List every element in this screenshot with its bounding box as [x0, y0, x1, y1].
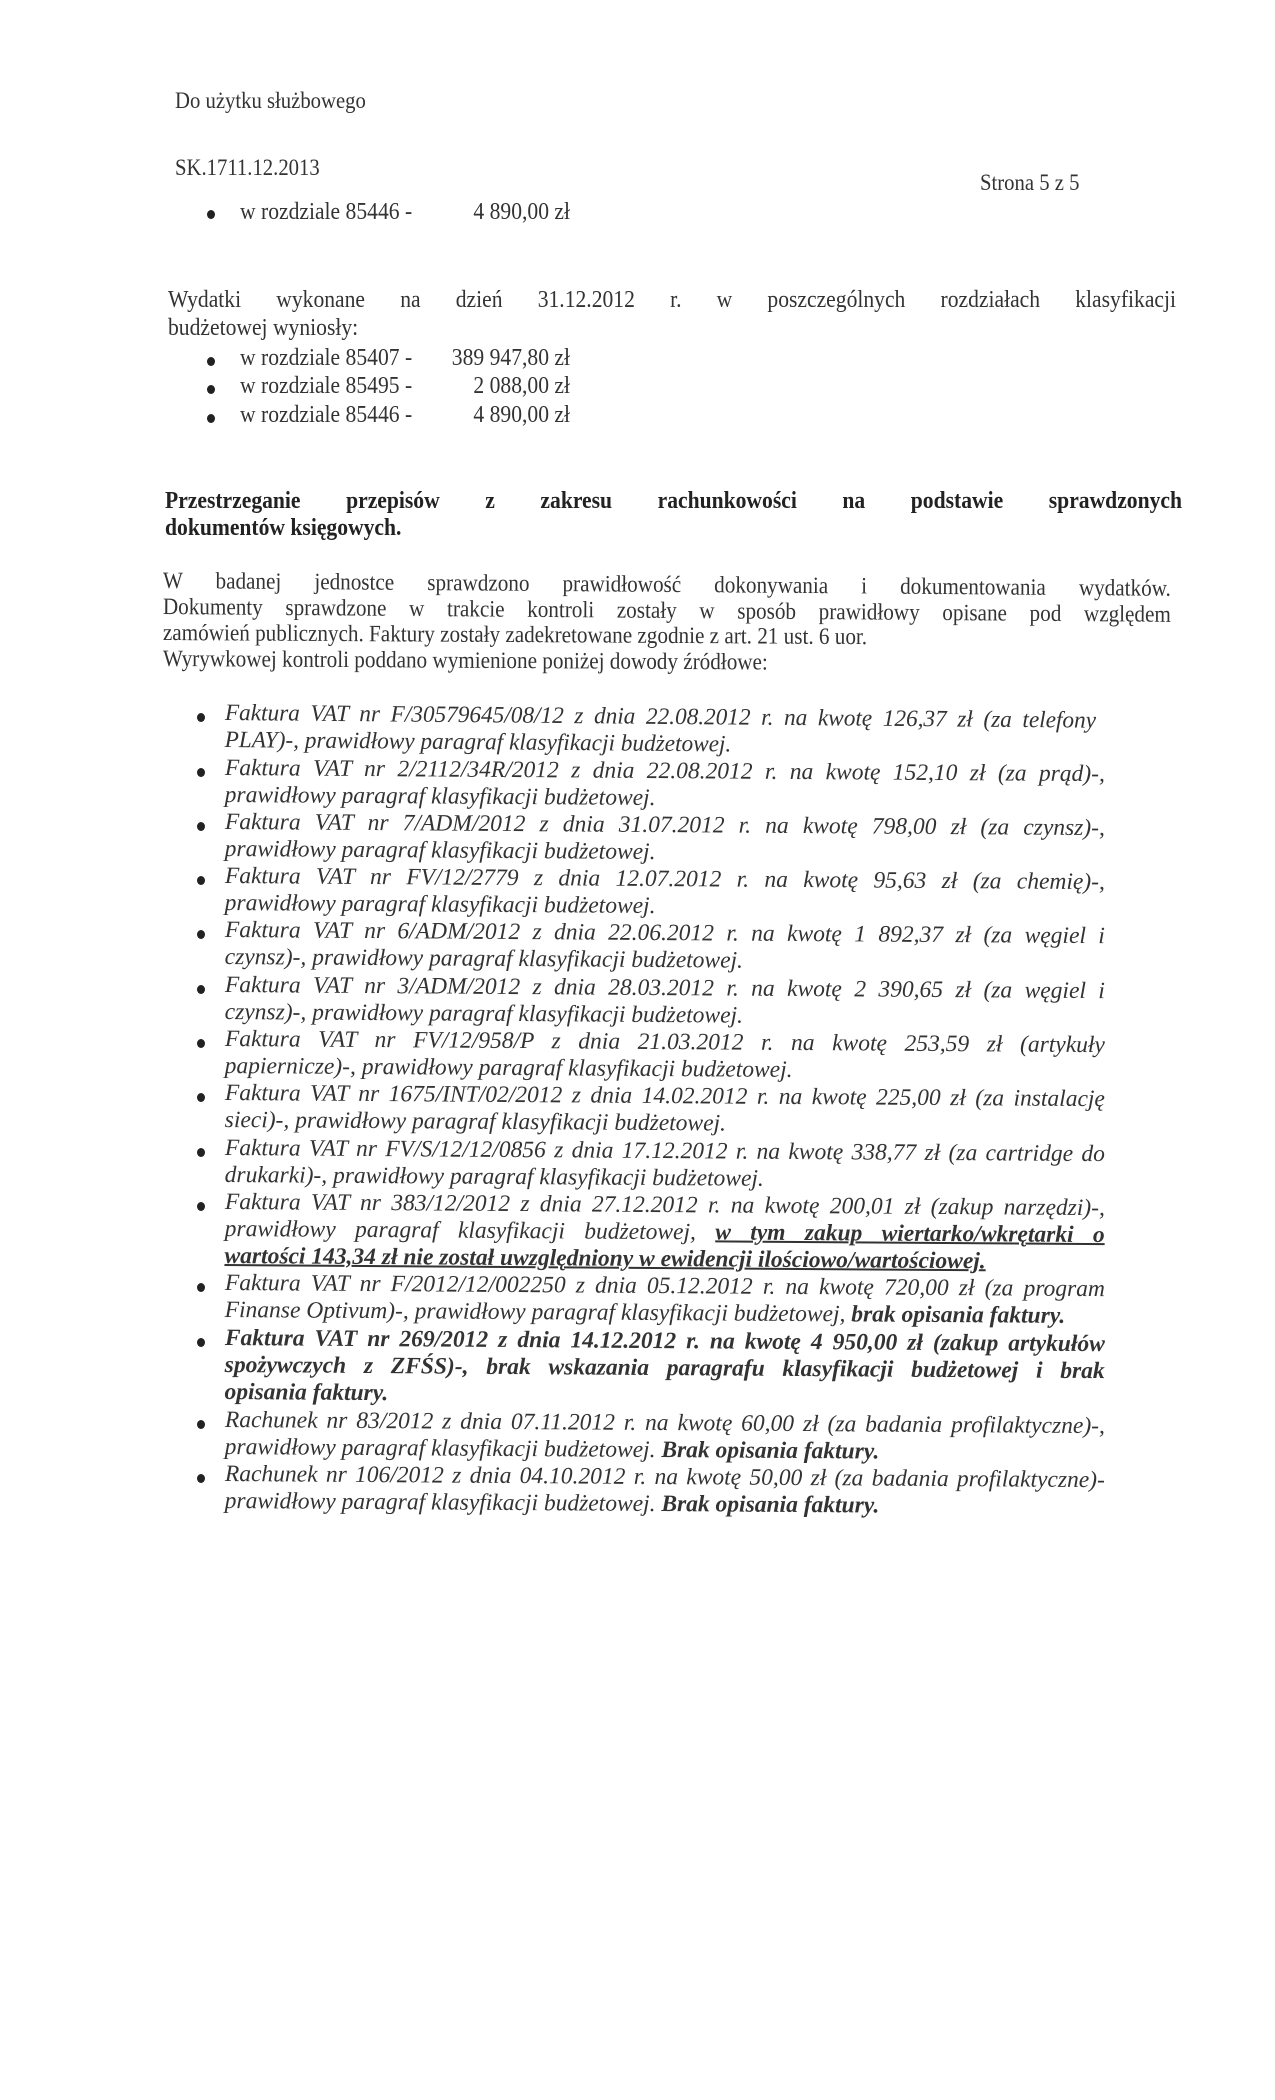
bullet-icon [207, 414, 215, 423]
finding-highlight: Brak opisania faktury. [661, 1437, 879, 1465]
expenditures-intro-line1: Wydatki wykonane na dzień 31.12.2012 r. … [168, 287, 1176, 314]
expenditure-item-amount: 389 947,80 zł [354, 345, 570, 372]
bullet-icon [197, 985, 205, 994]
bullet-icon [197, 822, 205, 831]
bullet-icon [197, 1338, 205, 1347]
document-item: Faktura VAT nr 3/ADM/2012 z dnia 28.03.2… [225, 972, 1105, 1032]
bullet-icon [197, 876, 205, 885]
expenditure-item-amount: 4 890,00 zł [354, 402, 570, 429]
section-heading-line2: dokumentów księgowych. [165, 515, 401, 542]
reference-number: SK.1711.12.2013 [175, 155, 320, 181]
document-item: Rachunek nr 106/2012 z dnia 04.10.2012 r… [225, 1461, 1105, 1521]
bullet-icon [207, 385, 215, 394]
bullet-icon [197, 1474, 205, 1483]
expenditures-intro-line2: budżetowej wyniosły: [168, 315, 358, 342]
document-item-text: prawidłowy paragraf klasyfikacji budżeto… [225, 1488, 662, 1517]
finding-highlight: w tym zakup wiertarko/wkrętarki o [715, 1219, 1105, 1248]
section-paragraph-line: Wyrywkowej kontroli poddano wymienione p… [163, 646, 768, 677]
document-item: Faktura VAT nr 269/2012 z dnia 14.12.201… [224, 1325, 1105, 1412]
document-page: Do użytku służbowego SK.1711.12.2013 Str… [0, 0, 1275, 2100]
bullet-icon [197, 1420, 205, 1429]
classification-label: Do użytku służbowego [175, 88, 366, 114]
bullet-icon [207, 210, 215, 219]
document-item: Faktura VAT nr 2/2112/34R/2012 z dnia 22… [225, 755, 1105, 815]
bullet-icon [207, 357, 215, 366]
bullet-icon [197, 713, 205, 722]
page-number: Strona 5 z 5 [980, 170, 1079, 196]
bullet-icon [197, 1148, 205, 1157]
document-item: Faktura VAT nr F/2012/12/002250 z dnia 0… [225, 1270, 1105, 1330]
document-item: Faktura VAT nr F/30579645/08/12 z dnia 2… [225, 700, 1097, 762]
document-item: Faktura VAT nr 7/ADM/2012 z dnia 31.07.2… [225, 809, 1105, 869]
document-item: Faktura VAT nr FV/S/12/12/0856 z dnia 17… [225, 1135, 1105, 1195]
document-item: Faktura VAT nr 6/ADM/2012 z dnia 22.06.2… [225, 917, 1105, 977]
carryover-amount: 4 890,00 zł [354, 199, 570, 226]
document-item: Faktura VAT nr 383/12/2012 z dnia 27.12.… [224, 1189, 1105, 1276]
bullet-icon [197, 1093, 205, 1102]
document-item: Rachunek nr 83/2012 z dnia 07.11.2012 r.… [225, 1407, 1105, 1467]
document-item-text: prawidłowy paragraf klasyfikacji budżeto… [225, 1216, 716, 1245]
bullet-icon [197, 930, 205, 939]
document-item: Faktura VAT nr 1675/INT/02/2012 z dnia 1… [225, 1080, 1105, 1140]
bullet-icon [197, 1283, 205, 1292]
document-item-text: prawidłowy paragraf klasyfikacji budżeto… [225, 1434, 662, 1463]
section-heading-line1: Przestrzeganie przepisów z zakresu rachu… [165, 488, 1182, 515]
expenditure-item-amount: 2 088,00 zł [354, 373, 570, 400]
document-item: Faktura VAT nr FV/12/958/P z dnia 21.03.… [225, 1026, 1105, 1086]
bullet-icon [197, 1202, 205, 1211]
finding-highlight: wartości 143,34 zł nie został uwzględnio… [224, 1243, 985, 1274]
bullet-icon [197, 1039, 205, 1048]
finding-highlight: brak opisania faktury. [851, 1301, 1065, 1328]
document-item: Faktura VAT nr FV/12/2779 z dnia 12.07.2… [225, 863, 1105, 923]
bullet-icon [197, 768, 205, 777]
finding-highlight: Brak opisania faktury. [661, 1491, 879, 1519]
document-item-text: Finanse Optivum)-, prawidłowy paragraf k… [225, 1297, 852, 1327]
